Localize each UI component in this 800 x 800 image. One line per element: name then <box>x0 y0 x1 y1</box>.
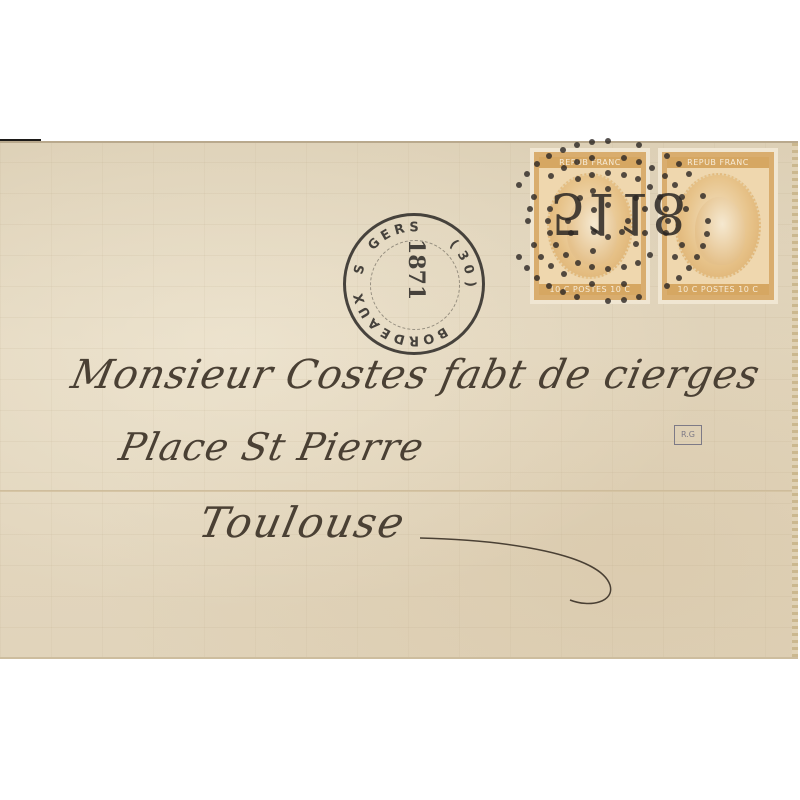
circular-postmark: BORDEAUX S GERS (30) 1871 <box>343 213 485 355</box>
cancellation-number: 5118 <box>550 180 685 245</box>
postmark-date: 1871 <box>403 239 429 299</box>
fold-line <box>0 490 798 492</box>
address-line-recipient: Monsieur Costes fabt de cierges <box>67 352 764 398</box>
stamp-header: REPUB FRANC <box>539 157 641 168</box>
stamp-footer: 10 C POSTES 10 C <box>667 284 769 295</box>
torn-right-edge <box>792 143 798 659</box>
address-line-street: Place St Pierre <box>115 425 428 469</box>
handwriting-flourish <box>420 530 620 610</box>
bottom-edge <box>0 657 798 659</box>
boxed-handstamp: R.G <box>674 425 702 445</box>
ceres-head-icon <box>695 197 745 265</box>
stamp-pair: REPUB FRANC 10 C POSTES 10 C REPUB FRANC… <box>530 148 780 308</box>
address-line-city: Toulouse <box>195 498 411 547</box>
stamp-header: REPUB FRANC <box>667 157 769 168</box>
stamp-footer: 10 C POSTES 10 C <box>539 284 641 295</box>
